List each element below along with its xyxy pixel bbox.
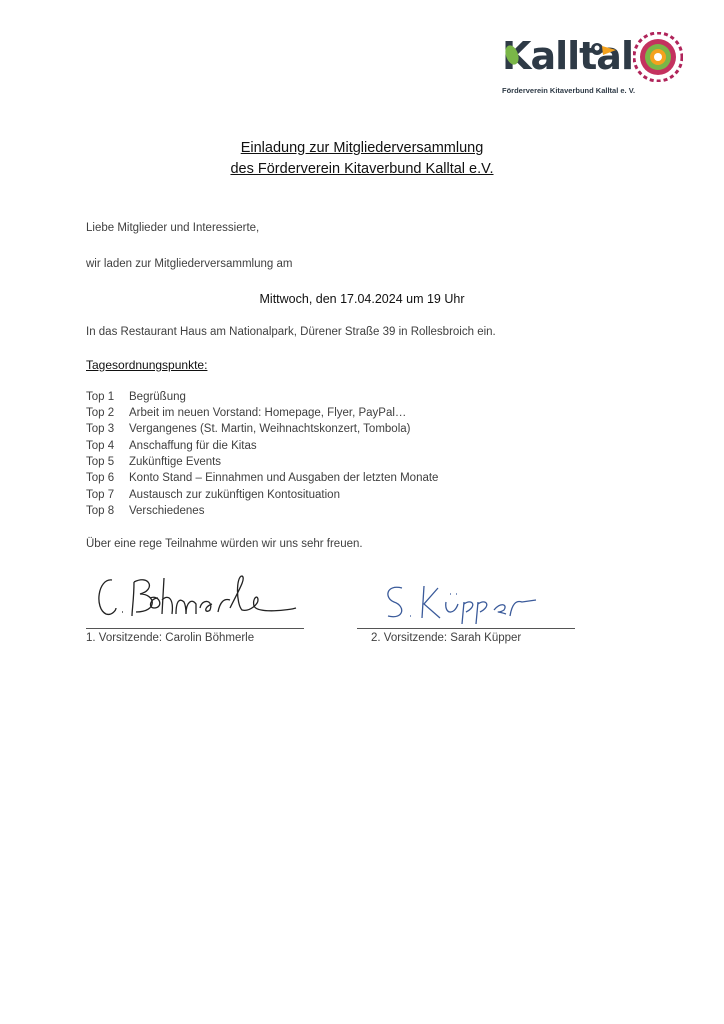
greeting: Liebe Mitglieder und Interessierte, bbox=[86, 222, 259, 234]
agenda-item: Top 7Austausch zur zukünftigen Kontositu… bbox=[86, 489, 340, 505]
agenda-item: Top 3Vergangenes (St. Martin, Weihnachts… bbox=[86, 423, 410, 439]
agenda-item: Top 6Konto Stand – Einnahmen und Ausgabe… bbox=[86, 472, 438, 488]
toucan-icon bbox=[589, 40, 617, 64]
kalltal-logo: Kalltal Förderverein Kitaverbund Kalltal… bbox=[497, 32, 682, 100]
agenda-heading: Tagesordnungspunkte: bbox=[86, 358, 207, 372]
document-title: Einladung zur Mitgliederversammlung des … bbox=[0, 138, 724, 180]
agenda-item: Top 4Anschaffung für die Kitas bbox=[86, 440, 257, 456]
signature-kupper bbox=[380, 580, 540, 625]
meeting-date: Mittwoch, den 17.04.2024 um 19 Uhr bbox=[0, 292, 724, 306]
signature-caption-1: 1. Vorsitzende: Carolin Böhmerle bbox=[86, 632, 254, 644]
title-line-2: des Förderverein Kitaverbund Kalltal e.V… bbox=[0, 159, 724, 180]
intro-text: wir laden zur Mitgliederversammlung am bbox=[86, 258, 292, 270]
agenda-item: Top 8Verschiedenes bbox=[86, 505, 204, 521]
signature-bohmerle bbox=[90, 568, 300, 622]
logo-subtitle: Förderverein Kitaverbund Kalltal e. V. bbox=[502, 86, 635, 95]
location-text: In das Restaurant Haus am Nationalpark, … bbox=[86, 326, 496, 338]
signature-line-2 bbox=[357, 628, 575, 629]
closing-text: Über eine rege Teilnahme würden wir uns … bbox=[86, 538, 363, 550]
mandala-icon bbox=[633, 32, 683, 82]
signature-caption-2: 2. Vorsitzende: Sarah Küpper bbox=[371, 632, 521, 644]
agenda-item: Top 5Zukünftige Events bbox=[86, 456, 221, 472]
agenda-item: Top 2Arbeit im neuen Vorstand: Homepage,… bbox=[86, 407, 406, 423]
agenda-item: Top 1Begrüßung bbox=[86, 391, 186, 407]
leaf-icon bbox=[503, 44, 521, 66]
signature-line-1 bbox=[86, 628, 304, 629]
title-line-1: Einladung zur Mitgliederversammlung bbox=[0, 138, 724, 159]
